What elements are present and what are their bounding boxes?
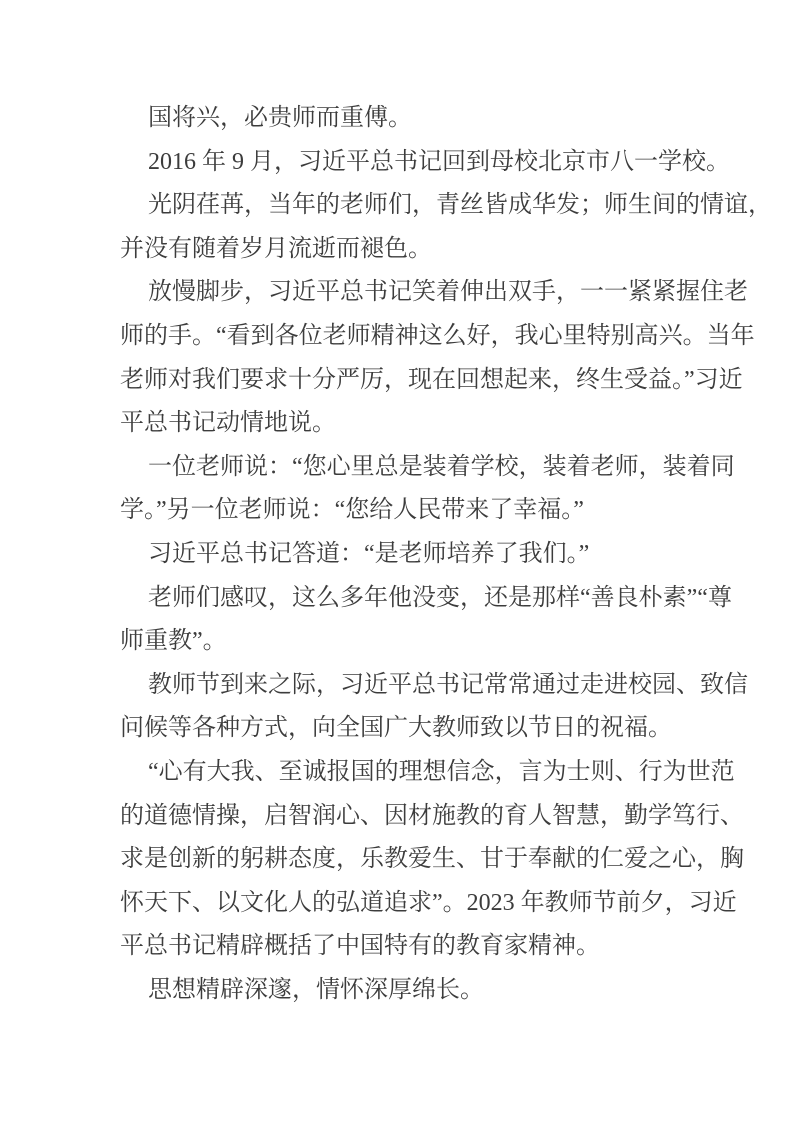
text-line: 习近平总书记答道：“是老师培养了我们。” <box>120 533 673 577</box>
text-line: 师的手。“看到各位老师精神这么好，我心里特别高兴。当年 <box>120 315 673 359</box>
document-page: 国将兴，必贵师而重傅。 2016 年 9 月，习近平总书记回到母校北京市八一学校… <box>0 0 793 1122</box>
text-line: 的道德情操，启智润心、因材施教的育人智慧，勤学笃行、 <box>120 795 673 839</box>
paragraph: 放慢脚步，习近平总书记笑着伸出双手，一一紧紧握住老 师的手。“看到各位老师精神这… <box>120 271 673 445</box>
paragraph: 老师们感叹，这么多年他没变，还是那样“善良朴素”“尊 师重教”。 <box>120 577 673 664</box>
text-line: 平总书记动情地说。 <box>120 402 673 446</box>
text-line: 2016 年 9 月，习近平总书记回到母校北京市八一学校。 <box>120 141 673 185</box>
paragraph: 国将兴，必贵师而重傅。 <box>120 97 673 141</box>
text-line: 放慢脚步，习近平总书记笑着伸出双手，一一紧紧握住老 <box>120 271 673 315</box>
text-line: 学。”另一位老师说：“您给人民带来了幸福。” <box>120 489 673 533</box>
text-line: 问候等各种方式，向全国广大教师致以节日的祝福。 <box>120 707 673 751</box>
text-line: 怀天下、以文化人的弘道追求”。2023 年教师节前夕，习近 <box>120 882 673 926</box>
paragraph: 思想精辟深邃，情怀深厚绵长。 <box>120 969 673 1013</box>
paragraph: 2016 年 9 月，习近平总书记回到母校北京市八一学校。 <box>120 141 673 185</box>
text-line: 老师们感叹，这么多年他没变，还是那样“善良朴素”“尊 <box>120 577 673 621</box>
paragraph: 习近平总书记答道：“是老师培养了我们。” <box>120 533 673 577</box>
text-line: 国将兴，必贵师而重傅。 <box>120 97 673 141</box>
paragraph: “心有大我、至诚报国的理想信念，言为士则、行为世范 的道德情操，启智润心、因材施… <box>120 751 673 969</box>
text-block: 国将兴，必贵师而重傅。 2016 年 9 月，习近平总书记回到母校北京市八一学校… <box>120 97 673 1012</box>
text-line: 教师节到来之际，习近平总书记常常通过走进校园、致信 <box>120 664 673 708</box>
text-line: 平总书记精辟概括了中国特有的教育家精神。 <box>120 925 673 969</box>
paragraph: 教师节到来之际，习近平总书记常常通过走进校园、致信 问候等各种方式，向全国广大教… <box>120 664 673 751</box>
text-line: 思想精辟深邃，情怀深厚绵长。 <box>120 969 673 1013</box>
text-line: 并没有随着岁月流逝而褪色。 <box>120 228 673 272</box>
paragraph: 光阴荏苒，当年的老师们，青丝皆成华发；师生间的情谊， 并没有随着岁月流逝而褪色。 <box>120 184 673 271</box>
text-line: 光阴荏苒，当年的老师们，青丝皆成华发；师生间的情谊， <box>120 184 673 228</box>
text-line: 老师对我们要求十分严厉，现在回想起来，终生受益。”习近 <box>120 359 673 403</box>
text-line: 师重教”。 <box>120 620 673 664</box>
text-line: 一位老师说：“您心里总是装着学校，装着老师，装着同 <box>120 446 673 490</box>
paragraph: 一位老师说：“您心里总是装着学校，装着老师，装着同 学。”另一位老师说：“您给人… <box>120 446 673 533</box>
text-line: 求是创新的躬耕态度，乐教爱生、甘于奉献的仁爱之心，胸 <box>120 838 673 882</box>
text-line: “心有大我、至诚报国的理想信念，言为士则、行为世范 <box>120 751 673 795</box>
